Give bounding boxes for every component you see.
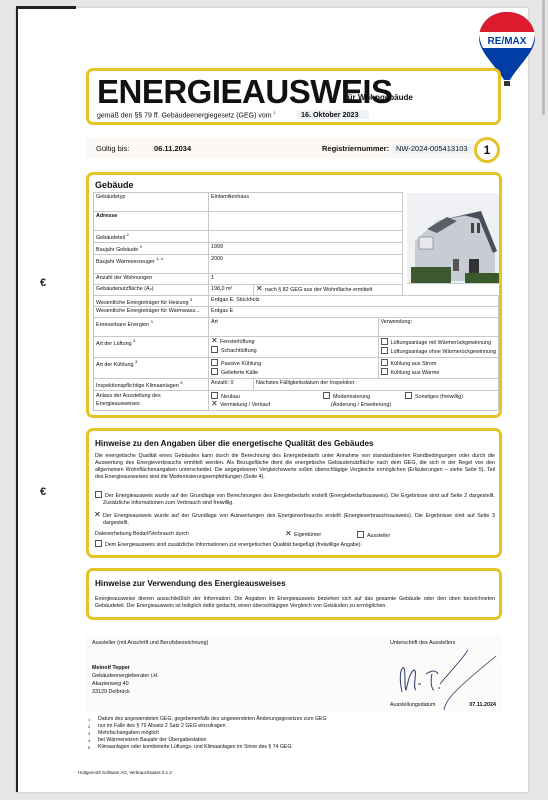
legal-basis: gemäß den §§ 79 ff. Gebäudeenergiegesetz…: [97, 110, 276, 119]
option-demand[interactable]: Der Energieausweis wurde auf der Grundla…: [95, 491, 495, 507]
footnote: 2nur im Falle des § 79 Absatz 2 Satz 2 G…: [88, 723, 326, 730]
checkbox-neubau[interactable]: Neubau: [211, 392, 323, 401]
issue-date: 07.11.2024: [469, 702, 496, 708]
scrollbar[interactable]: [542, 0, 545, 115]
checkbox-lueftung-ohne-wrg[interactable]: Lüftungsanlage ohne Wärmerückgewinnung: [381, 347, 497, 356]
checked-x-icon: ✕: [256, 286, 263, 292]
checkbox-lueftung-mit-wrg[interactable]: Lüftungsanlage mit Wärmerückgewinnung: [381, 338, 497, 347]
checkbox-schachtlueftung[interactable]: Schachtlüftung: [211, 346, 376, 355]
building-category: für Wohngebäude: [345, 93, 413, 102]
checkbox-icon: [381, 338, 388, 345]
validity-bar: Gültig bis: 06.11.2034 Registriernummer:…: [86, 138, 486, 158]
footnote: 5Klimaanlagen oder kombinierte Lüftungs-…: [88, 744, 326, 751]
checkbox-icon: [323, 392, 330, 399]
data-collection-row: Datenerhebung Bedarf/Verbrauch durch ✕Ei…: [95, 531, 495, 538]
usage-notes-text: Energieausweise dienen ausschließlich de…: [95, 596, 495, 610]
checkbox-icon: [95, 540, 102, 547]
checkbox-icon: [357, 531, 364, 538]
usage-notes-section: Hinweise zur Verwendung des Energieauswe…: [86, 568, 502, 620]
checked-x-icon: ✕: [211, 401, 218, 407]
checkbox-icon: [211, 359, 218, 366]
issuer-label: Aussteller (mit Anschrift und Berufsbeze…: [92, 640, 208, 646]
checkbox-icon: [211, 368, 218, 375]
footnote: 3Mehrfachangaben möglich: [88, 730, 326, 737]
table-row: Inspektionspflichtige Klimaanlagen 5Anza…: [94, 379, 499, 391]
table-row: Wesentliche Energieträger für Heizung 3E…: [94, 295, 499, 307]
law-date: 16. Oktober 2023: [297, 110, 369, 119]
checkbox-passive-kuehlung[interactable]: Passive Kühlung: [211, 359, 376, 368]
table-row: Anlass der Ausstellung desEnergieausweis…: [94, 391, 499, 411]
checkbox-icon: [405, 392, 412, 399]
usage-notes-title: Hinweise zur Verwendung des Energieauswe…: [95, 579, 286, 588]
table-row: Art der Kühlung 3 Passive Kühlung Gelief…: [94, 358, 499, 379]
table-row: Gebäudenutzfläche (Aₙ)198,0 m²✕nach § 82…: [94, 284, 499, 295]
quality-notes-intro: Die energetische Qualität eines Gebäudes…: [95, 453, 495, 481]
checkbox-icon: [381, 368, 388, 375]
registration-label: Registriernummer:: [322, 144, 389, 153]
option-consumption[interactable]: ✕Der Energieausweis wurde auf der Grundl…: [95, 512, 495, 527]
checkbox-eigentuemer[interactable]: ✕Eigentümer: [285, 531, 321, 539]
building-photo: [407, 193, 499, 284]
checkbox-aussteller[interactable]: Aussteller: [357, 531, 390, 540]
footnote: 4bei Wärmenetzen Baujahr der Übergabesta…: [88, 737, 326, 744]
checkbox-icon: [381, 347, 388, 354]
table-row: Wesentliche Energieträger für Warmwass..…: [94, 307, 499, 318]
footnotes: 1Datum des angewendeten GEG, gegebenenfa…: [88, 716, 326, 751]
issuer-address: Meinolf Tepper Gebäudeenergieberater i.H…: [92, 664, 159, 696]
checkbox-gelieferte-kaelte[interactable]: Gelieferte Kälte: [211, 368, 376, 377]
checked-x-icon: ✕: [94, 512, 101, 518]
page-number-badge: 1: [474, 137, 500, 163]
checkbox-icon: [211, 392, 218, 399]
top-edge-mark: [16, 6, 76, 9]
table-row: Erneuerbare Energien 3ArtVerwendung:: [94, 318, 499, 337]
registration-number: NW-2024-005413103: [392, 144, 476, 153]
certificate-header: ENERGIEAUSWEIS für Wohngebäude gemäß den…: [86, 68, 501, 125]
software-credit: Hottgenroth Software AG, Verbrauchspass …: [78, 770, 172, 775]
checkbox-modernisierung[interactable]: Modernisierung: [323, 392, 405, 401]
checkbox-sonstiges[interactable]: Sonstiges (freiwillig): [405, 394, 463, 400]
checkbox-kuehlung-strom[interactable]: Kühlung aus Strom: [381, 359, 497, 368]
quality-notes-title: Hinweise zu den Angaben über die energet…: [95, 439, 374, 448]
checkbox-vermietung-verkauf[interactable]: ✕Vermietung / Verkauf: [211, 401, 331, 409]
signature-block: Unterschrift des Ausstellers Ausstellung…: [384, 634, 502, 712]
document-title: ENERGIEAUSWEIS: [97, 75, 393, 109]
table-row: Art der Lüftung 3 ✕Fensterlüftung Schach…: [94, 337, 499, 358]
checkbox-icon: [381, 359, 388, 366]
building-section: Gebäude GebäudetypEinfamilienhaus Adress…: [86, 172, 502, 418]
option-extra-info[interactable]: Dem Energieausweis sind zusätzliche Info…: [95, 540, 495, 549]
checked-x-icon: ✕: [285, 531, 292, 537]
margin-mark-icon: €: [40, 486, 46, 498]
issue-date-label: Ausstellungsdatum: [390, 702, 436, 708]
checkbox-icon: [95, 491, 102, 498]
issuer-block: Aussteller (mit Anschrift und Berufsbeze…: [86, 634, 396, 712]
quality-notes-section: Hinweise zu den Angaben über die energet…: [86, 428, 502, 558]
valid-until-value: 06.11.2034: [154, 144, 191, 153]
building-section-title: Gebäude: [95, 180, 134, 190]
checked-x-icon: ✕: [211, 338, 218, 344]
checkbox-icon: [211, 346, 218, 353]
svg-text:RE/MAX: RE/MAX: [488, 36, 527, 47]
margin-mark-icon: €: [40, 277, 46, 289]
checkbox-fensterlueftung[interactable]: ✕Fensterlüftung: [211, 338, 376, 346]
checkbox-kuehlung-waerme[interactable]: Kühlung aus Wärme: [381, 368, 497, 377]
footnote: 1Datum des angewendeten GEG, gegebenenfa…: [88, 716, 326, 723]
valid-until-label: Gültig bis:: [96, 144, 129, 153]
